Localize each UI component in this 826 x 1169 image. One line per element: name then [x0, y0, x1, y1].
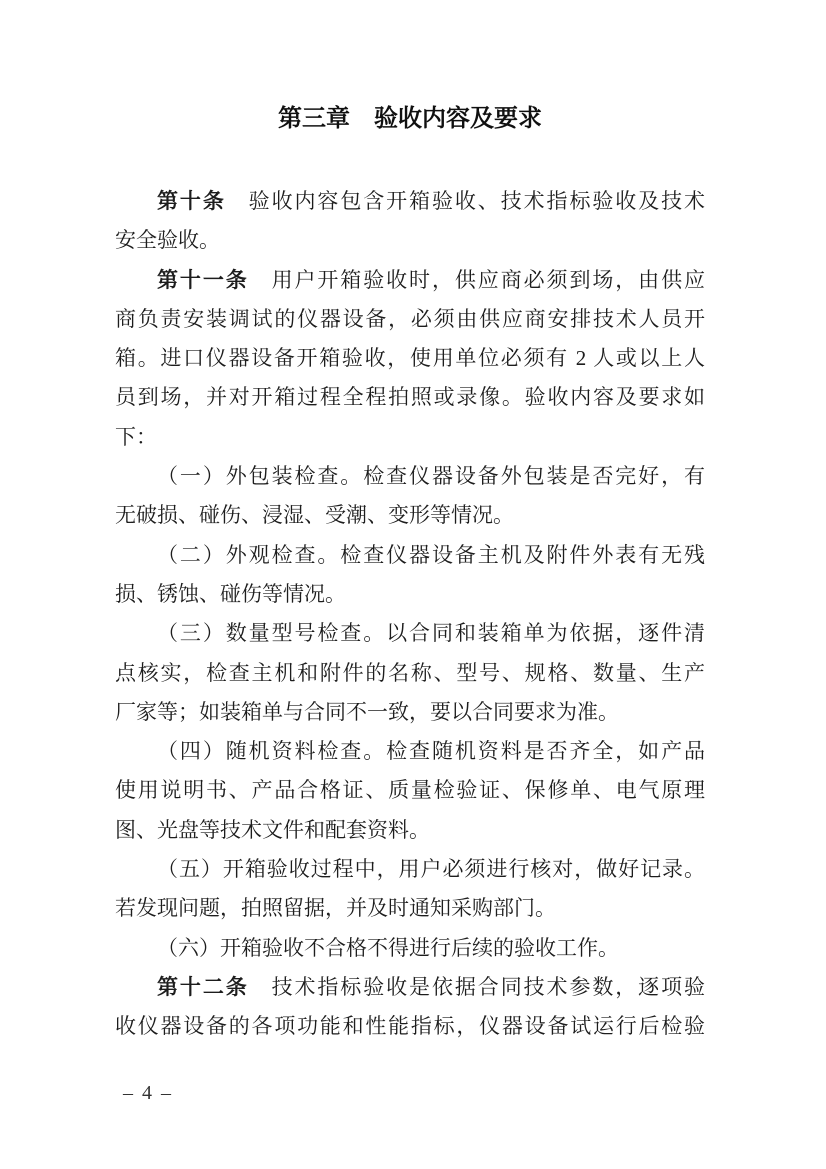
text-line: 图、光盘等技术文件和配套资料。 — [115, 811, 705, 850]
line-text: 厂家等；如装箱单与合同不一致，要以合同要求为准。 — [115, 700, 619, 724]
text-line: （五）开箱验收过程中，用户必须进行核对，做好记录。 — [115, 850, 705, 889]
line-text: 使用说明书、产品合格证、质量检验证、保修单、电气原理 — [115, 778, 705, 802]
line-text: 商负责安装调试的仪器设备，必须由供应商安排技术人员开 — [115, 307, 705, 331]
text-line: 员到场，并对开箱过程全程拍照或录像。验收内容及要求如 — [115, 378, 705, 417]
clause-lead: 第十条 — [157, 189, 226, 213]
line-text: 图、光盘等技术文件和配套资料。 — [115, 818, 430, 842]
clause-lead: 第十一条 — [157, 268, 249, 292]
line-text: 点核实，检查主机和附件的名称、型号、规格、数量、生产 — [115, 661, 705, 685]
line-text: 若发现问题，拍照留据，并及时通知采购部门。 — [115, 896, 556, 920]
document-body: 第十条 验收内容包含开箱验收、技术指标验收及技术安全验收。第十一条 用户开箱验收… — [115, 182, 705, 1047]
line-text: 箱。进口仪器设备开箱验收，使用单位必须有 2 人或以上人 — [115, 346, 705, 370]
text-line: 无破损、碰伤、浸湿、受潮、变形等情况。 — [115, 496, 705, 535]
line-text: （五）开箱验收过程中，用户必须进行核对，做好记录。 — [157, 857, 705, 881]
line-text: 无破损、碰伤、浸湿、受潮、变形等情况。 — [115, 503, 514, 527]
line-text: （六）开箱验收不合格不得进行后续的验收工作。 — [157, 936, 619, 960]
text-line: （二）外观检查。检查仪器设备主机及附件外表有无残 — [115, 536, 705, 575]
line-text: 员到场，并对开箱过程全程拍照或录像。验收内容及要求如 — [115, 385, 705, 409]
text-line: （三）数量型号检查。以合同和装箱单为依据，逐件清 — [115, 614, 705, 653]
text-line: 损、锈蚀、碰伤等情况。 — [115, 575, 705, 614]
page-footer: – 4 – — [123, 1080, 173, 1106]
text-line: 安全验收。 — [115, 221, 705, 260]
page-number: – 4 – — [123, 1082, 173, 1104]
text-line: 下： — [115, 418, 705, 457]
text-line: 点核实，检查主机和附件的名称、型号、规格、数量、生产 — [115, 654, 705, 693]
line-text: （四）随机资料检查。检查随机资料是否齐全，如产品 — [157, 739, 705, 763]
line-text: 用户开箱验收时，供应商必须到场，由供应 — [249, 268, 705, 292]
clause-lead: 第十二条 — [157, 975, 249, 999]
text-line: 商负责安装调试的仪器设备，必须由供应商安排技术人员开 — [115, 300, 705, 339]
text-line: 收仪器设备的各项功能和性能指标，仪器设备试运行后检验 — [115, 1007, 705, 1046]
line-text: （二）外观检查。检查仪器设备主机及附件外表有无残 — [157, 543, 705, 567]
text-line: 第十一条 用户开箱验收时，供应商必须到场，由供应 — [115, 261, 705, 300]
text-line: 第十条 验收内容包含开箱验收、技术指标验收及技术 — [115, 182, 705, 221]
line-text: （一）外包装检查。检查仪器设备外包装是否完好，有 — [157, 464, 705, 488]
line-text: 验收内容包含开箱验收、技术指标验收及技术 — [226, 189, 705, 213]
text-line: 使用说明书、产品合格证、质量检验证、保修单、电气原理 — [115, 771, 705, 810]
text-line: 若发现问题，拍照留据，并及时通知采购部门。 — [115, 889, 705, 928]
text-line: （六）开箱验收不合格不得进行后续的验收工作。 — [115, 929, 705, 968]
document-page: 第三章 验收内容及要求 第十条 验收内容包含开箱验收、技术指标验收及技术安全验收… — [0, 0, 826, 1169]
line-text: （三）数量型号检查。以合同和装箱单为依据，逐件清 — [157, 621, 705, 645]
text-line: 箱。进口仪器设备开箱验收，使用单位必须有 2 人或以上人 — [115, 339, 705, 378]
text-line: 厂家等；如装箱单与合同不一致，要以合同要求为准。 — [115, 693, 705, 732]
chapter-title: 第三章 验收内容及要求 — [115, 103, 705, 135]
line-text: 下： — [115, 425, 157, 449]
line-text: 损、锈蚀、碰伤等情况。 — [115, 582, 346, 606]
line-text: 技术指标验收是依据合同技术参数，逐项验 — [249, 975, 705, 999]
line-text: 收仪器设备的各项功能和性能指标，仪器设备试运行后检验 — [115, 1014, 705, 1038]
text-line: 第十二条 技术指标验收是依据合同技术参数，逐项验 — [115, 968, 705, 1007]
line-text: 安全验收。 — [115, 228, 220, 252]
text-line: （一）外包装检查。检查仪器设备外包装是否完好，有 — [115, 457, 705, 496]
text-line: （四）随机资料检查。检查随机资料是否齐全，如产品 — [115, 732, 705, 771]
